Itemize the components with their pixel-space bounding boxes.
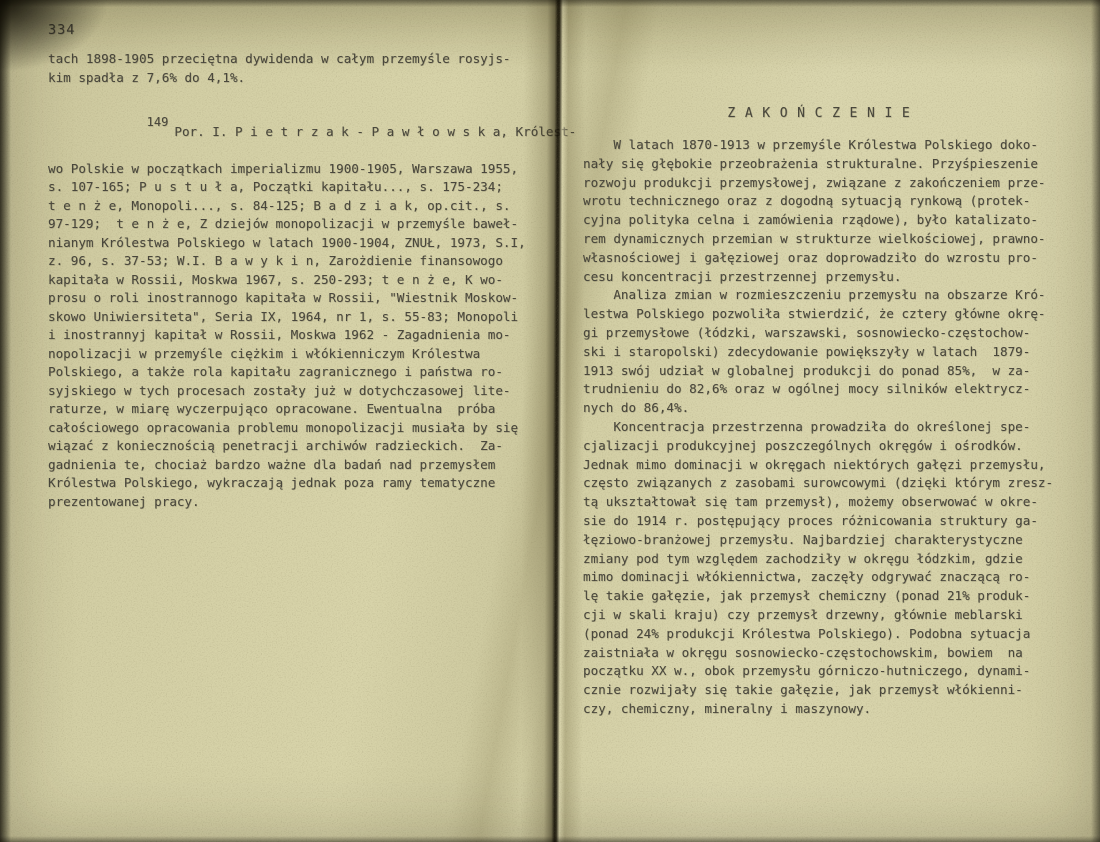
text-line: W latach 1870-1913 w przemyśle Królestwa… — [583, 136, 1053, 155]
text-line: nały się głębokie przeobrażenia struktur… — [583, 155, 1053, 174]
text-line: wrotu technicznego oraz z dogodną sytuac… — [583, 192, 1053, 211]
text-line: Jednak mimo dominacji w okręgach niektór… — [583, 456, 1053, 475]
paragraph: W latach 1870-1913 w przemyśle Królestwa… — [583, 136, 1053, 286]
text-line: zaistniała w okręgu sosnowiecko-częstoch… — [583, 644, 1053, 663]
text-line: prezentowanej pracy. — [48, 493, 576, 512]
footnote-continuation: wo Polskie w początkach imperializmu 190… — [48, 160, 576, 512]
text-line: rozwoju produkcji przemysłowej, związane… — [583, 174, 1053, 193]
chapter-heading: Z A K O Ń C Z E N I E — [583, 106, 1055, 121]
page-left: 334 tach 1898-1905 przeciętna dywidenda … — [0, 0, 552, 842]
text-line: łęziowo-branżowej przemysłu. Najbardziej… — [583, 531, 1053, 550]
text-line: Koncentracja przestrzenna prowadziła do … — [583, 418, 1053, 437]
text-line: t e n ż e, Monopoli..., s. 84-125; B a d… — [48, 197, 576, 216]
text-line: często związanych z zasobami surowcowymi… — [583, 474, 1053, 493]
text-line: Analiza zmian w rozmieszczeniu przemysłu… — [583, 286, 1053, 305]
text-line: cjalizacji produkcyjnej poszczególnych o… — [583, 437, 1053, 456]
text-line: 97-129; t e n ż e, Z dziejów monopolizac… — [48, 215, 576, 234]
left-body-text: tach 1898-1905 przeciętna dywidenda w ca… — [48, 50, 511, 87]
text-line: nych do 86,4%. — [583, 399, 1053, 418]
paragraph: Koncentracja przestrzenna prowadziła do … — [583, 418, 1053, 719]
right-body-text: W latach 1870-1913 w przemyśle Królestwa… — [583, 136, 1053, 719]
text-line: lestwa Polskiego pozwoliła stwierdzić, ż… — [583, 305, 1053, 324]
text-line: (ponad 24% produkcji Królestwa Polskiego… — [583, 625, 1053, 644]
text-line: s. 107-165; P u s t u ł a, Początki kapi… — [48, 178, 576, 197]
text-line: z. 96, s. 37-53; W.I. B a w y k i n, Zar… — [48, 252, 576, 271]
text-line: i inostrannyj kapitał w Rossii, Moskwa 1… — [48, 326, 576, 345]
text-line: zmiany pod tym względem zachodziły w okr… — [583, 550, 1053, 569]
text-line: Królestwa Polskiego, wykraczają jednak p… — [48, 474, 576, 493]
text-line: ski i staropolski) zdecydowanie powiększ… — [583, 343, 1053, 362]
text-line: tach 1898-1905 przeciętna dywidenda w ca… — [48, 50, 511, 69]
text-line: tą ukształtował się tam przemysł), możem… — [583, 493, 1053, 512]
book-scan: 334 tach 1898-1905 przeciętna dywidenda … — [0, 0, 1100, 842]
text-line: wiązać z koniecznością penetracji archiw… — [48, 437, 576, 456]
text-line: trudnieniu do 82,6% oraz w ogólnej mocy … — [583, 380, 1053, 399]
text-line: prosu o roli inostrannogo kapitała w Ros… — [48, 289, 576, 308]
text-line: kapitała w Rossii, Moskwa 1967, s. 250-2… — [48, 271, 576, 290]
text-line: całościowego opracowania problemu monopo… — [48, 419, 576, 438]
text-line: wo Polskie w początkach imperializmu 190… — [48, 160, 576, 179]
text-line: rem dynamicznych przemian w strukturze w… — [583, 230, 1053, 249]
text-line: skowo Uniwiersiteta", Seria IX, 1964, nr… — [48, 308, 576, 327]
footnote-block: 149Por. I. P i e t r z a k - P a w ł o w… — [48, 99, 576, 511]
text-line: mimo dominacji włókiennictwa, zaczęły od… — [583, 568, 1053, 587]
text-line: nianym Królestwa Polskiego w latach 1900… — [48, 234, 576, 253]
text-line: cesu koncentracji przestrzennej przemysł… — [583, 268, 1053, 287]
text-line: kim spadła z 7,6% do 4,1%. — [48, 69, 511, 88]
text-line: raturze, w miarę wyczerpująco opracowane… — [48, 400, 576, 419]
footnote-intro-text: Por. I. P i e t r z a k - P a w ł o w s … — [174, 124, 576, 139]
text-line: nopolizacji w przemyśle ciężkim i włókie… — [48, 345, 576, 364]
text-line: własnościowej i gałęziowej oraz doprowad… — [583, 249, 1053, 268]
text-line: gi przemysłowe (łódzki, warszawski, sosn… — [583, 324, 1053, 343]
text-line: lę takie gałęzie, jak przemysł chemiczny… — [583, 587, 1053, 606]
text-line: syjskiego w tych procesach zostały już w… — [48, 382, 576, 401]
text-line: cyjna polityka celna i zamówienia rządow… — [583, 211, 1053, 230]
text-line: 1913 swój udział w globalnej produkcji d… — [583, 362, 1053, 381]
page-number: 334 — [48, 22, 75, 38]
text-line: początku XX w., obok przemysłu górniczo-… — [583, 662, 1053, 681]
text-line: czy, chemiczny, mineralny i maszynowy. — [583, 700, 1053, 719]
text-line: cji w skali kraju) czy przemysł drzewny,… — [583, 606, 1053, 625]
text-line: sie do 1914 r. postępujący proces różnic… — [583, 512, 1053, 531]
footnote-marker: 149 — [147, 115, 169, 129]
text-line: Polskiego, a także rola kapitału zagrani… — [48, 363, 576, 382]
text-line: gadnienia te, chociaż bardzo ważne dla b… — [48, 456, 576, 475]
footnote-first-line: 149Por. I. P i e t r z a k - P a w ł o w… — [48, 99, 576, 160]
paragraph: Analiza zmian w rozmieszczeniu przemysłu… — [583, 286, 1053, 418]
page-right: Z A K O Ń C Z E N I E W latach 1870-1913… — [552, 0, 1100, 842]
text-line: cznie rozwijały się takie gałęzie, jak p… — [583, 681, 1053, 700]
